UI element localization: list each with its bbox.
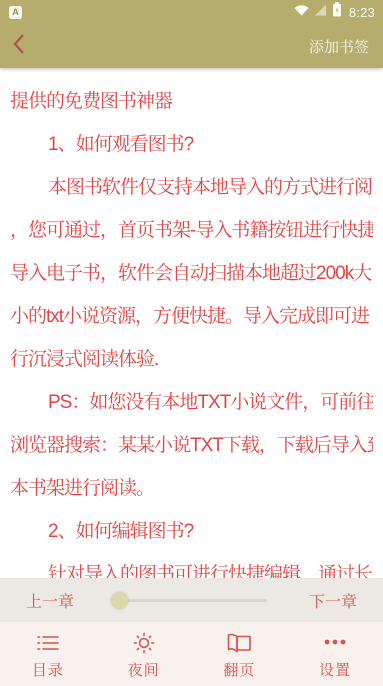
night-mode-label: 夜间 <box>128 659 160 680</box>
chapter-slider[interactable] <box>110 590 267 610</box>
page-flip-label: 翻页 <box>223 659 255 680</box>
page-flip-icon <box>225 631 253 655</box>
chapter-slider-thumb[interactable] <box>111 592 128 609</box>
catalog-button[interactable]: 目录 <box>0 622 96 686</box>
text-line: 本书架进行阅读。 <box>10 467 373 510</box>
text-line: ，您可通过，首页书架-导入书籍按钮进行快捷 <box>10 209 373 252</box>
slider-track <box>110 599 267 602</box>
clock-time: 8:23 <box>349 5 375 20</box>
page-flip-button[interactable]: 翻页 <box>192 622 288 686</box>
text-line: 1、如何观看图书? <box>10 123 373 166</box>
catalog-label: 目录 <box>32 659 64 680</box>
nav-bar: 添加书签 <box>0 24 383 68</box>
prev-chapter-button[interactable]: 上一章 <box>26 589 74 612</box>
text-line: 本图书软件仅支持本地导入的方式进行阅读 <box>10 166 373 209</box>
no-signal-icon <box>314 3 327 21</box>
night-mode-button[interactable]: 夜间 <box>96 622 192 686</box>
text-line: 行沉浸式阅读体验. <box>10 338 373 381</box>
next-chapter-button[interactable]: 下一章 <box>309 589 357 612</box>
bottom-toolbar: 目录 夜间 <box>0 622 383 686</box>
notification-app-icon: A <box>9 6 22 19</box>
text-line: 提供的免费图书神器 <box>10 80 373 123</box>
ellipsis-icon <box>322 631 348 655</box>
text-line: 导入电子书，软件会自动扫描本地超过200k大 <box>10 252 373 295</box>
settings-label: 设置 <box>319 659 351 680</box>
status-bar: A 8:23 <box>0 0 383 24</box>
text-line: PS：如您没有本地TXT小说文件，可前往 <box>10 381 373 424</box>
sun-icon <box>131 631 157 655</box>
back-button[interactable] <box>12 29 32 64</box>
text-line: 2、如何编辑图书? <box>10 510 373 553</box>
chapter-bar: 上一章 下一章 <box>0 578 383 622</box>
chevron-left-icon <box>12 33 26 60</box>
text-line: 小的txt小说资源，方便快捷。导入完成即可进 <box>10 295 373 338</box>
add-bookmark-button[interactable]: 添加书签 <box>309 32 369 61</box>
battery-charging-icon <box>332 2 342 22</box>
list-icon <box>35 631 61 655</box>
wifi-icon <box>294 3 309 21</box>
reader-screen: 欢迎使用本软件，本软件是一款专为广大书友 提供的免费图书神器 1、如何观看图书?… <box>0 0 383 686</box>
text-line: 浏览器搜索：某某小说TXT下载，下载后导入到 <box>10 424 373 467</box>
header: A 8:23 <box>0 0 383 68</box>
settings-button[interactable]: 设置 <box>287 622 383 686</box>
